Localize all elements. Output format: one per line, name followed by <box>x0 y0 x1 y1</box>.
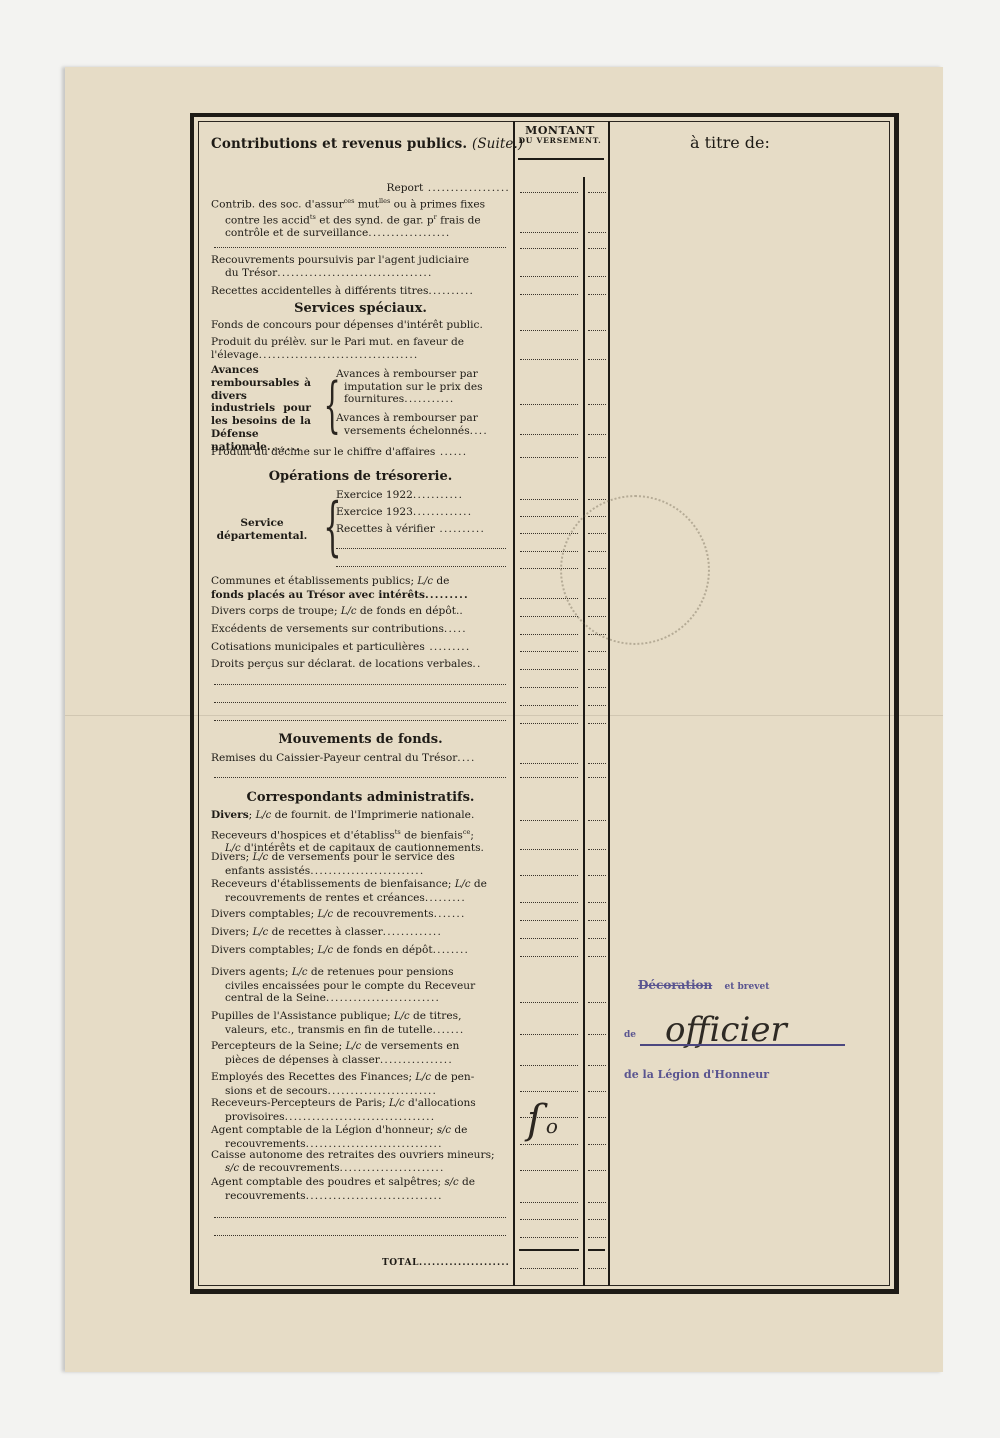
cents-entry[interactable] <box>588 820 606 821</box>
amount-entry[interactable] <box>520 248 578 249</box>
cents-entry[interactable] <box>588 875 606 876</box>
amount-entry[interactable] <box>520 1219 578 1220</box>
list-item: Produit du décime sur le chiffre d'affai… <box>211 446 510 459</box>
cents-entry[interactable] <box>588 533 606 534</box>
cents-entry[interactable] <box>588 1065 606 1066</box>
amount-entry[interactable] <box>520 192 578 193</box>
list-item: Pupilles de l'Assistance publique; L/c d… <box>211 1010 510 1036</box>
amount-entry[interactable] <box>520 875 578 876</box>
list-item: Droits perçus sur déclarat. de locations… <box>211 658 510 671</box>
total-rule-cents <box>588 1249 605 1251</box>
amount-entry[interactable] <box>520 763 578 764</box>
amount-column-right-divider <box>608 121 610 1286</box>
amount-entry[interactable] <box>520 276 578 277</box>
amount-entry[interactable] <box>520 516 578 517</box>
amount-entry[interactable] <box>520 669 578 670</box>
cents-entry[interactable] <box>588 763 606 764</box>
cents-entry[interactable] <box>588 192 606 193</box>
list-item: Communes et établissements publics; L/c … <box>211 575 510 601</box>
amount-entry[interactable] <box>520 1202 578 1203</box>
cents-entry[interactable] <box>588 1202 606 1203</box>
amount-entry[interactable] <box>520 232 578 233</box>
cents-entry[interactable] <box>588 687 606 688</box>
amount-entry[interactable] <box>520 404 578 405</box>
cents-entry[interactable] <box>588 551 606 552</box>
cents-entry[interactable] <box>588 568 606 569</box>
list-item: Produit du prélèv. sur le Pari mut. en f… <box>211 336 510 361</box>
amount-entry[interactable] <box>520 849 578 850</box>
amount-entry[interactable] <box>520 598 578 599</box>
handwritten-amount: ſo <box>527 1100 558 1146</box>
blank-entry-line <box>214 1235 506 1236</box>
amount-entry[interactable] <box>520 1237 578 1238</box>
cents-entry[interactable] <box>588 294 606 295</box>
cents-entry[interactable] <box>588 938 606 939</box>
cents-entry[interactable] <box>588 598 606 599</box>
list-item: Divers comptables; L/c de recouvrements.… <box>211 908 510 922</box>
stamp-line-3: de la Légion d'Honneur <box>624 1068 769 1081</box>
list-item: Avances à rembourser par imputation sur … <box>336 368 510 406</box>
cents-entry[interactable] <box>588 1117 606 1118</box>
amount-entry[interactable] <box>520 651 578 652</box>
list-item: Receveurs d'établissements de bienfaisan… <box>211 878 510 904</box>
cents-entry[interactable] <box>588 920 606 921</box>
cents-entry[interactable] <box>588 1144 606 1145</box>
cents-entry[interactable] <box>588 1034 606 1035</box>
amount-entry[interactable] <box>520 956 578 957</box>
list-item: Exercice 1923............. <box>336 506 510 519</box>
list-item: Fonds de concours pour dépenses d'intérê… <box>211 319 510 332</box>
total-amount-entry[interactable] <box>520 1268 578 1269</box>
list-item: Contrib. des soc. d'assurces mutlles ou … <box>211 195 510 240</box>
cents-entry[interactable] <box>588 276 606 277</box>
a-titre-de-heading: à titre de: <box>690 133 770 152</box>
avances-label: Avances remboursables à divers industrie… <box>211 364 311 454</box>
list-item: Recouvrements poursuivis par l'agent jud… <box>211 254 510 279</box>
list-item: Recettes accidentelles à différents titr… <box>211 285 510 298</box>
amount-cents-divider <box>583 177 585 1286</box>
list-item: Recettes à vérifier .......... <box>336 523 510 536</box>
cents-entry[interactable] <box>588 1091 606 1092</box>
amount-entry[interactable] <box>520 705 578 706</box>
list-item: Report .................. <box>211 182 510 195</box>
cents-entry[interactable] <box>588 516 606 517</box>
amount-entry[interactable] <box>520 294 578 295</box>
list-item: Agent comptable des poudres et salpêtres… <box>211 1176 510 1202</box>
list-item: Percepteurs de la Seine; L/c de versemen… <box>211 1040 510 1066</box>
amount-entry[interactable] <box>520 1170 578 1171</box>
blank-entry-line <box>214 684 506 685</box>
blank-entry-line <box>336 566 506 567</box>
cents-entry[interactable] <box>588 1002 606 1003</box>
amount-entry[interactable] <box>520 499 578 500</box>
cents-entry[interactable] <box>588 457 606 458</box>
amount-entry[interactable] <box>520 568 578 569</box>
list-item: Caisse autonome des retraites des ouvrie… <box>211 1149 510 1175</box>
cents-entry[interactable] <box>588 651 606 652</box>
total-rule <box>519 1249 579 1251</box>
cents-entry[interactable] <box>588 359 606 360</box>
amount-entry[interactable] <box>520 920 578 921</box>
stamp-line-2-prefix: de <box>624 1030 636 1040</box>
amount-entry[interactable] <box>520 457 578 458</box>
circular-seal-stamp <box>560 495 710 645</box>
amount-entry[interactable] <box>520 687 578 688</box>
cents-entry[interactable] <box>588 248 606 249</box>
amount-entry[interactable] <box>520 616 578 617</box>
cents-entry[interactable] <box>588 1237 606 1238</box>
list-item: Exercice 1922........... <box>336 489 510 502</box>
cents-entry[interactable] <box>588 330 606 331</box>
amount-entry[interactable] <box>520 938 578 939</box>
cents-entry[interactable] <box>588 1219 606 1220</box>
list-item: Employés des Recettes des Finances; L/c … <box>211 1071 510 1097</box>
list-item: Divers; L/c de fournit. de l'Imprimerie … <box>211 809 510 823</box>
amount-column-left-divider <box>513 121 515 1286</box>
list-item: Receveurs-Percepteurs de Paris; L/c d'al… <box>211 1097 510 1123</box>
cents-entry[interactable] <box>588 777 606 778</box>
cents-entry[interactable] <box>588 902 606 903</box>
cents-entry[interactable] <box>588 1170 606 1171</box>
blank-entry-line <box>336 548 506 549</box>
amount-entry[interactable] <box>520 359 578 360</box>
list-item: Agent comptable de la Légion d'honneur; … <box>211 1124 510 1150</box>
amount-column-header: MONTANT DU VERSEMENT. <box>516 125 604 145</box>
blank-entry-line <box>214 720 506 721</box>
section-services-speciaux: Services spéciaux. <box>211 301 510 316</box>
amount-entry[interactable] <box>520 1034 578 1035</box>
section-mouvements-fonds: Mouvements de fonds. <box>211 732 510 747</box>
amount-entry[interactable] <box>520 634 578 635</box>
cents-entry[interactable] <box>588 849 606 850</box>
cents-entry[interactable] <box>588 956 606 957</box>
list-item: Divers agents; L/c de retenues pour pens… <box>211 966 510 1005</box>
cents-entry[interactable] <box>588 669 606 670</box>
list-item: Divers comptables; L/c de fonds en dépôt… <box>211 944 510 958</box>
blank-entry-line <box>214 777 506 778</box>
blank-entry-line <box>214 702 506 703</box>
amount-entry[interactable] <box>520 1065 578 1066</box>
blank-entry-line <box>214 247 506 248</box>
service-departemental-label: Servicedépartemental. <box>212 517 312 542</box>
section-correspondants: Correspondants administratifs. <box>211 790 510 805</box>
amount-entry[interactable] <box>520 434 578 435</box>
amount-header-underline <box>518 158 604 160</box>
amount-entry[interactable] <box>520 1091 578 1092</box>
cents-entry[interactable] <box>588 634 606 635</box>
section-operations-tresorerie: Opérations de trésorerie. <box>211 469 510 484</box>
amount-entry[interactable] <box>520 902 578 903</box>
amount-entry[interactable] <box>520 777 578 778</box>
cents-entry[interactable] <box>588 499 606 500</box>
cents-entry[interactable] <box>588 705 606 706</box>
page-title: Contributions et revenus publics. (Suite… <box>211 136 511 152</box>
cents-entry[interactable] <box>588 232 606 233</box>
amount-entry[interactable] <box>520 533 578 534</box>
stamp-underline <box>640 1044 845 1046</box>
list-item: Cotisations municipales et particulières… <box>211 641 510 654</box>
list-item: Divers; L/c de recettes à classer.......… <box>211 926 510 940</box>
cents-entry[interactable] <box>588 616 606 617</box>
list-item: Divers; L/c de versements pour le servic… <box>211 851 510 877</box>
cents-entry[interactable] <box>588 723 606 724</box>
list-item: Excédents de versements sur contribution… <box>211 623 510 636</box>
amount-entry[interactable] <box>520 1002 578 1003</box>
list-item: Divers corps de troupe; L/c de fonds en … <box>211 605 510 619</box>
amount-entry[interactable] <box>520 551 578 552</box>
stamp-line-1: Décoration et brevet <box>638 978 769 992</box>
total-label: TOTAL..................... <box>211 1257 510 1270</box>
amount-entry[interactable] <box>520 820 578 821</box>
cents-entry[interactable] <box>588 404 606 405</box>
cents-entry[interactable] <box>588 434 606 435</box>
total-cents-entry[interactable] <box>588 1268 606 1269</box>
list-item: Avances à rembourser par versements éche… <box>336 412 510 437</box>
amount-entry[interactable] <box>520 330 578 331</box>
amount-entry[interactable] <box>520 723 578 724</box>
blank-entry-line <box>214 1217 506 1218</box>
list-item: Remises du Caissier-Payeur central du Tr… <box>211 752 510 765</box>
